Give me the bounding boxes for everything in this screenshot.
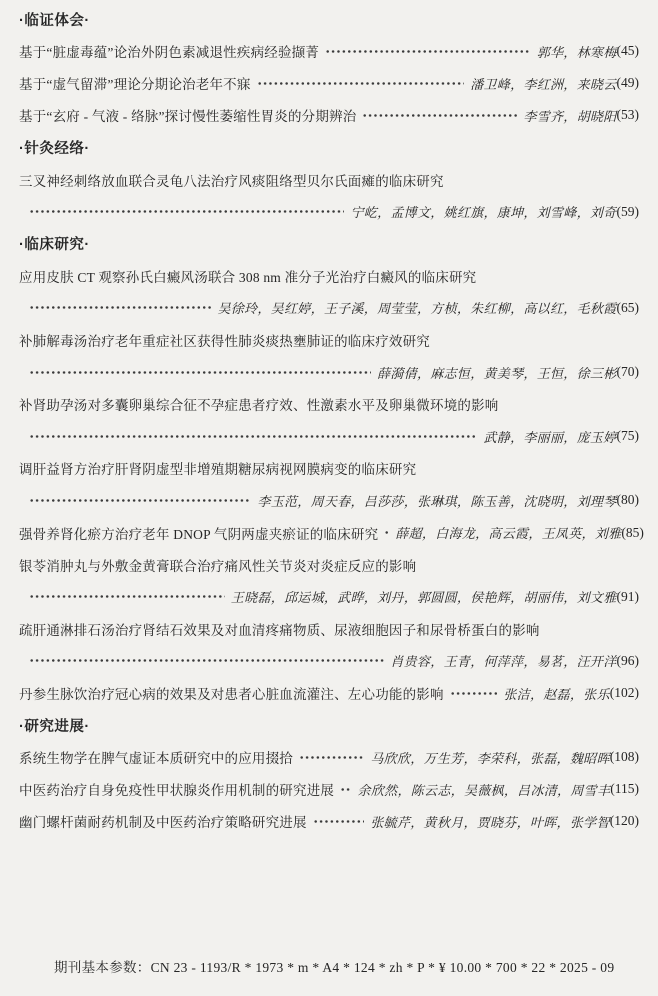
entry-authors: 宁屹，孟博文，姚红旗，康坤，刘雪峰，刘奇 xyxy=(350,202,616,221)
dot-leader xyxy=(28,209,344,214)
toc-entry-authors-row: 宁屹，孟博文，姚红旗，康坤，刘雪峰，刘奇(59) xyxy=(19,196,639,228)
toc-entry-authors-row: 薛漪倩，麻志恒，黄美琴，王恒，徐三彬(70) xyxy=(19,356,639,388)
entry-page-number: (115) xyxy=(610,781,639,797)
entry-title: 丹参生脉饮治疗冠心病的效果及对患者心脏血流灌注、左心功能的影响 xyxy=(19,683,444,703)
entry-page-number: (45) xyxy=(617,43,640,59)
entry-page-number: (102) xyxy=(610,685,639,701)
entry-page-number: (75) xyxy=(617,428,640,444)
entry-title: 补肾助孕汤对多囊卵巢综合征不孕症患者疗效、性激素水平及卵巢微环境的影响 xyxy=(19,394,499,414)
entry-page-number: (96) xyxy=(617,653,640,669)
entry-title: 中医药治疗自身免疫性甲状腺炎作用机制的研究进展 xyxy=(19,779,334,799)
section-header: ·针灸经络· xyxy=(19,131,639,163)
toc-entry: 幽门螺杆菌耐药机制及中医药治疗策略研究进展张毓芹，黄秋月，贾晓芬，叶晖，张学智(… xyxy=(19,805,639,837)
entry-authors: 李玉范，周天春，吕莎莎，张琳琪，陈玉善，沈晓明，刘理琴 xyxy=(257,491,616,510)
toc-entry-title-row: 补肾助孕汤对多囊卵巢综合征不孕症患者疗效、性激素水平及卵巢微环境的影响 xyxy=(19,388,639,420)
entry-authors: 张毓芹，黄秋月，贾晓芬，叶晖，张学智 xyxy=(370,812,609,831)
entry-title: 调肝益肾方治疗肝肾阴虚型非增殖期糖尿病视网膜病变的临床研究 xyxy=(19,458,416,478)
toc-entry-authors-row: 吴徐玲，吴红婷，王子溪，周莹莹，方桢，朱红柳，高以红，毛秋霞(65) xyxy=(19,292,639,324)
entry-title: 基于“玄府 - 气液 - 络脉”探讨慢性萎缩性胃炎的分期辨治 xyxy=(19,105,356,125)
section-header: ·研究进展· xyxy=(19,709,639,741)
entry-title: 应用皮肤 CT 观察孙氏白癜风汤联合 308 nm 准分子光治疗白癜风的临床研究 xyxy=(19,266,476,286)
entry-title: 幽门螺杆菌耐药机制及中医药治疗策略研究进展 xyxy=(19,811,307,831)
entry-authors: 吴徐玲，吴红婷，王子溪，周莹莹，方桢，朱红柳，高以红，毛秋霞 xyxy=(217,298,616,317)
toc-entry-authors-row: 肖贵容，王青，何萍萍，易茗，汪开洋(96) xyxy=(19,645,639,677)
toc-entry-title-row: 三叉神经刺络放血联合灵龟八法治疗风痰阻络型贝尔氏面瘫的临床研究 xyxy=(19,163,639,195)
dot-leader xyxy=(28,498,251,503)
dot-leader xyxy=(256,81,465,86)
toc-entry: 基于“玄府 - 气液 - 络脉”探讨慢性萎缩性胃炎的分期辨治李雪齐，胡晓阳(53… xyxy=(19,99,639,131)
entry-authors: 李雪齐，胡晓阳 xyxy=(523,106,616,125)
toc-entry-title-row: 疏肝通淋排石汤治疗肾结石效果及对血清疼痛物质、尿液细胞因子和尿骨桥蛋白的影响 xyxy=(19,613,639,645)
toc-entry-title-row: 调肝益肾方治疗肝肾阴虚型非增殖期糖尿病视网膜病变的临床研究 xyxy=(19,452,639,484)
entry-page-number: (108) xyxy=(610,749,639,765)
toc-entry: 系统生物学在脾气虚证本质研究中的应用掇拾马欣欣，万生芳，李荣科，张磊，魏昭晖(1… xyxy=(19,741,639,773)
entry-page-number: (53) xyxy=(617,107,640,123)
table-of-contents: ·临证体会·基于“脏虚毒蕴”论治外阴色素减退性疾病经验撷菁郭华，林寒梅(45)基… xyxy=(0,0,658,837)
toc-entry: 基于“脏虚毒蕴”论治外阴色素减退性疾病经验撷菁郭华，林寒梅(45) xyxy=(19,35,639,67)
entry-title: 疏肝通淋排石汤治疗肾结石效果及对血清疼痛物质、尿液细胞因子和尿骨桥蛋白的影响 xyxy=(19,619,540,639)
entry-page-number: (85) xyxy=(621,525,644,541)
entry-authors: 马欣欣，万生芳，李荣科，张磊，魏昭晖 xyxy=(370,748,609,767)
entry-title: 基于“脏虚毒蕴”论治外阴色素减退性疾病经验撷菁 xyxy=(19,41,319,61)
dot-leader xyxy=(361,113,517,118)
entry-page-number: (80) xyxy=(617,492,640,508)
toc-entry-authors-row: 王晓磊，邱运城，武晔，刘丹，郭圆圆，侯艳辉，胡丽伟，刘文雅(91) xyxy=(19,581,639,613)
entry-page-number: (65) xyxy=(617,300,640,316)
dot-leader xyxy=(383,530,389,535)
dot-leader xyxy=(312,819,365,824)
dot-leader xyxy=(28,594,225,599)
entry-title: 基于“虚气留滞”理论分期论治老年不寐 xyxy=(19,73,251,93)
entry-title: 补肺解毒汤治疗老年重症社区获得性肺炎痰热壅肺证的临床疗效研究 xyxy=(19,330,430,350)
entry-authors: 张洁，赵磊，张乐 xyxy=(503,684,609,703)
dot-leader xyxy=(449,691,498,696)
entry-authors: 潘卫峰，李红洲，来晓云 xyxy=(470,74,616,93)
entry-page-number: (70) xyxy=(617,364,640,380)
toc-entry: 中医药治疗自身免疫性甲状腺炎作用机制的研究进展余欣然，陈云志，吴薇枫，吕冰清，周… xyxy=(19,773,639,805)
entry-title: 强骨养肾化瘀方治疗老年 DNOP 气阴两虚夹瘀证的临床研究 xyxy=(19,523,378,543)
toc-entry: 强骨养肾化瘀方治疗老年 DNOP 气阴两虚夹瘀证的临床研究薛超，白海龙，高云霞，… xyxy=(19,517,639,549)
entry-authors: 余欣然，陈云志，吴薇枫，吕冰清，周雪丰 xyxy=(358,780,611,799)
toc-entry-title-row: 应用皮肤 CT 观察孙氏白癜风汤联合 308 nm 准分子光治疗白癜风的临床研究 xyxy=(19,260,639,292)
entry-authors: 郭华，林寒梅 xyxy=(537,42,617,61)
dot-leader xyxy=(28,658,384,663)
entry-page-number: (91) xyxy=(617,589,640,605)
toc-entry: 丹参生脉饮治疗冠心病的效果及对患者心脏血流灌注、左心功能的影响张洁，赵磊，张乐(… xyxy=(19,677,639,709)
toc-entry-authors-row: 李玉范，周天春，吕莎莎，张琳琪，陈玉善，沈晓明，刘理琴(80) xyxy=(19,484,639,516)
toc-entry-authors-row: 武静，李丽丽，庞玉婷(75) xyxy=(19,420,639,452)
section-header: ·临床研究· xyxy=(19,228,639,260)
toc-entry-title-row: 补肺解毒汤治疗老年重症社区获得性肺炎痰热壅肺证的临床疗效研究 xyxy=(19,324,639,356)
entry-page-number: (120) xyxy=(610,813,639,829)
toc-entry-title-row: 银苓消肿丸与外敷金黄膏联合治疗痛风性关节炎对炎症反应的影响 xyxy=(19,549,639,581)
entry-page-number: (49) xyxy=(617,75,640,91)
entry-title: 三叉神经刺络放血联合灵龟八法治疗风痰阻络型贝尔氏面瘫的临床研究 xyxy=(19,170,444,190)
entry-authors: 薛漪倩，麻志恒，黄美琴，王恒，徐三彬 xyxy=(377,363,616,382)
entry-authors: 王晓磊，邱运城，武晔，刘丹，郭圆圆，侯艳辉，胡丽伟，刘文雅 xyxy=(231,587,617,606)
dot-leader xyxy=(339,787,351,792)
entry-page-number: (59) xyxy=(617,204,640,220)
entry-title: 系统生物学在脾气虚证本质研究中的应用掇拾 xyxy=(19,747,293,767)
toc-entry: 基于“虚气留滞”理论分期论治老年不寐潘卫峰，李红洲，来晓云(49) xyxy=(19,67,639,99)
section-header: ·临证体会· xyxy=(19,3,639,35)
dot-leader xyxy=(28,305,211,310)
dot-leader xyxy=(28,434,477,439)
dot-leader xyxy=(28,370,371,375)
entry-authors: 薛超，白海龙，高云霞，王凤英，刘雅 xyxy=(395,523,621,542)
dot-leader xyxy=(324,49,531,54)
entry-authors: 肖贵容，王青，何萍萍，易茗，汪开洋 xyxy=(390,651,616,670)
entry-authors: 武静，李丽丽，庞玉婷 xyxy=(483,427,616,446)
journal-parameters-line: 期刊基本参数：CN 23 - 1193/R * 1973 * m * A4 * … xyxy=(54,956,614,976)
dot-leader xyxy=(298,755,364,760)
entry-title: 银苓消肿丸与外敷金黄膏联合治疗痛风性关节炎对炎症反应的影响 xyxy=(19,555,416,575)
